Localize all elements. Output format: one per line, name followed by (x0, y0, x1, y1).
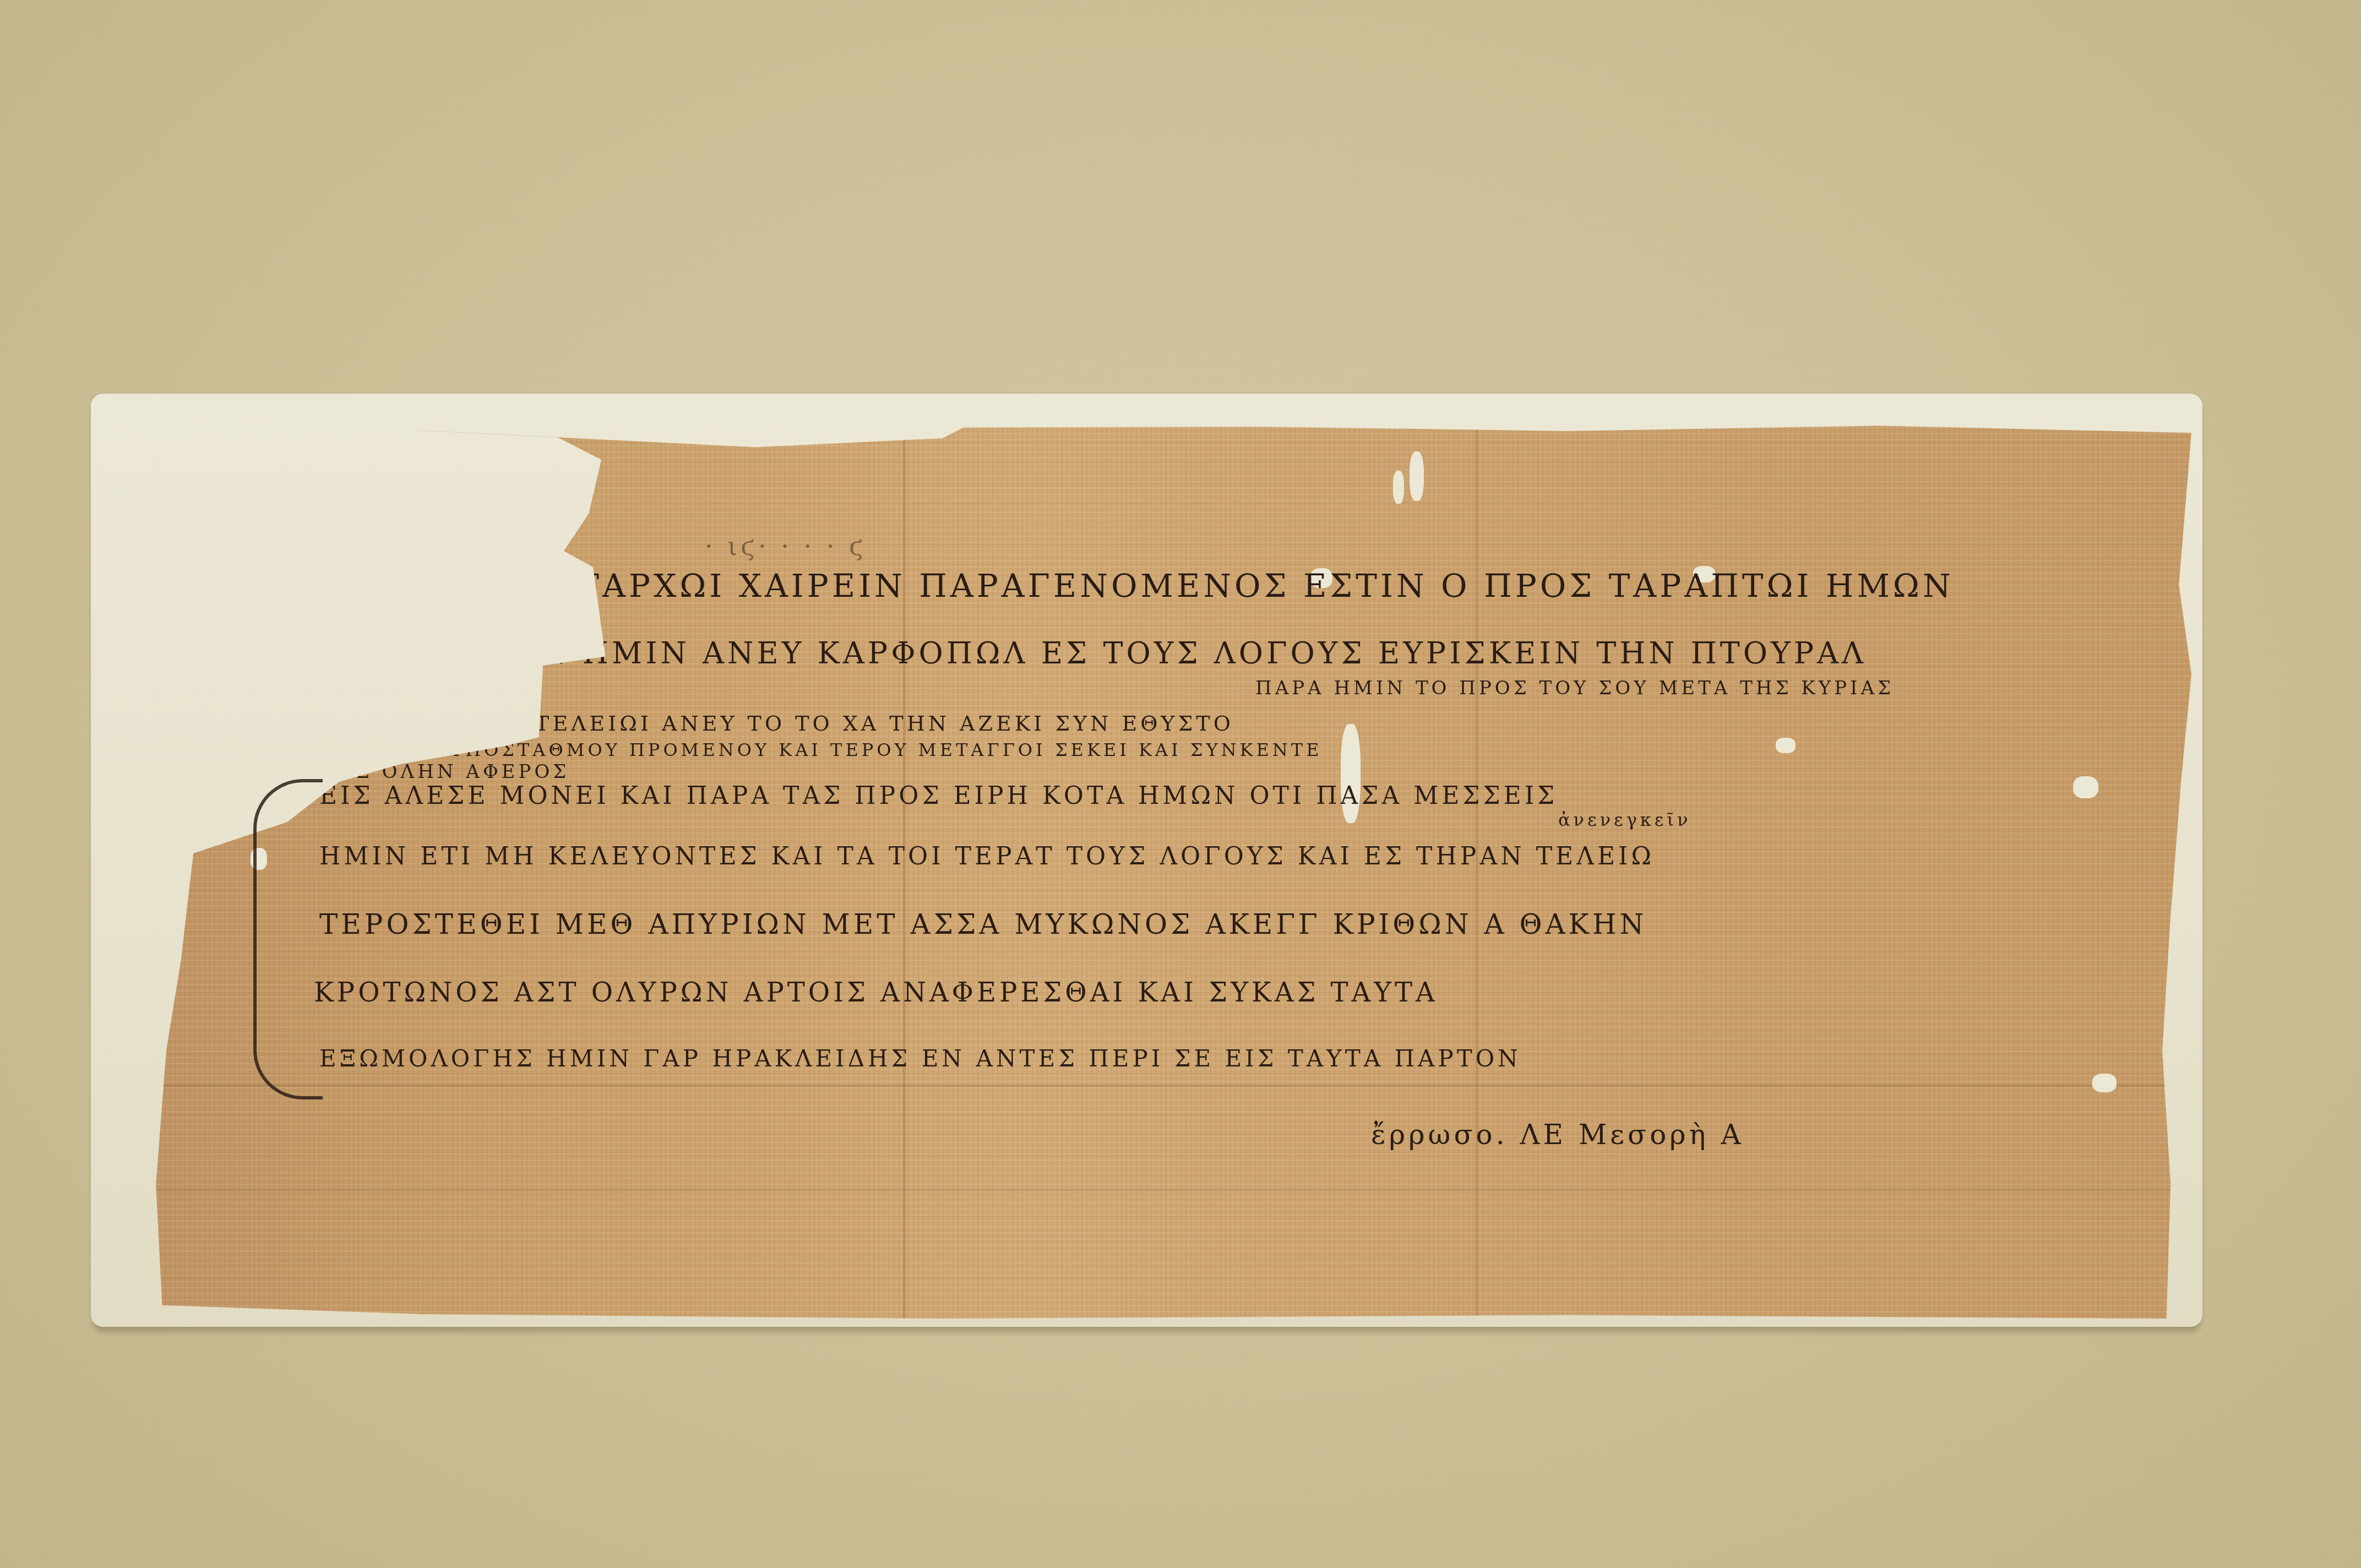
margin-bracket-mark (253, 779, 323, 1099)
papyrus-hole (2073, 776, 2098, 798)
papyrus-hole (1393, 471, 1404, 504)
papyrus-hole (2092, 1074, 2117, 1092)
faint-header-text: · ιϛ· · · · ϛ (705, 531, 867, 561)
text-line-6: ΗΜΙΝ ΕΤΙ ΜΗ ΚΕΛΕΥΟΝΤΕΣ ΚΑΙ ΤΑ ΤΟΙ ΤΕΡΑΤ … (319, 842, 1655, 870)
papyrus-fold-line (110, 1189, 2191, 1191)
papyrus-join-line (1476, 424, 1478, 1319)
papyrus-hole (1410, 451, 1424, 501)
papyrus-join-line (903, 424, 906, 1319)
text-line-7: ΤΕΡΟΣΤΕΘΕΙ ΜΕΘ ΑΠΥΡΙΩΝ ΜΕΤ ΑΣΣΑ ΜΥΚΩΝΟΣ … (319, 908, 1647, 940)
text-line-9: ΕΞΩΜΟΛΟΓΗΣ ΗΜΙΝ ΓΑΡ ΗΡΑΚΛΕΙΔΗΣ ΕΝ ΑΝΤΕΣ … (319, 1045, 1521, 1072)
closing-farewell: ἔρρωσο. ΛΕ Μεσορὴ Α (1371, 1119, 1744, 1151)
interlinear-addition: ΠΑΡΑ ΗΜΙΝ ΤΟ ΠΡΟΣ ΤΟΥ ΣΟΥ ΜΕΤΑ ΤΗΣ ΚΥΡΙΑ… (1255, 677, 1894, 699)
papyrus-hole (1776, 738, 1796, 753)
interlinear-insertion: ἀνενεγκεῖν (1558, 809, 1691, 830)
text-line-8: ΚΡΟΤΩΝΟΣ ΑΣΤ ΟΛΥΡΩΝ ΑΡΤΟΙΣ ΑΝΑΦΕΡΕΣΘΑΙ Κ… (314, 977, 1438, 1008)
papyrus-fold-line (110, 1085, 2191, 1087)
text-line-5: ΕΙΣ ΑΛΕΣΕ ΜΟΝΕΙ ΚΑΙ ΠΑΡΑ ΤΑΣ ΠΡΟΣ ΕΙΡΗ Κ… (319, 782, 1558, 810)
